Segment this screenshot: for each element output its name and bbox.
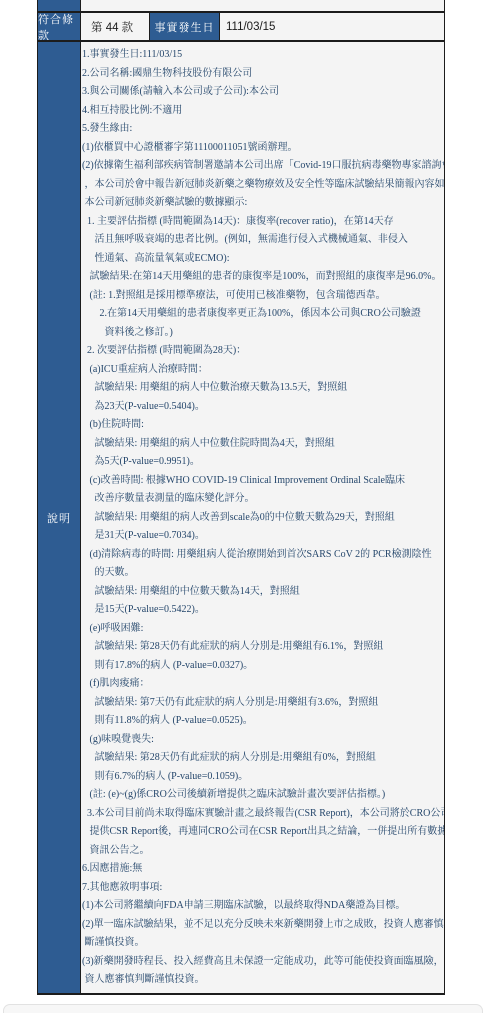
previous-row-value-cell <box>80 0 444 11</box>
description-text: 1.事實發生日:111/03/15 2.公司名稱:國鼎生物科技股份有限公司 3.… <box>81 42 444 990</box>
date-label-cell: 事實發生日 <box>149 13 219 40</box>
announcement-table: 符合條款 第 44 款 事實發生日 111/03/15 說明 1.事實發生日:1… <box>37 0 445 995</box>
clause-value-cell: 第 44 款 <box>80 13 149 40</box>
clause-date-row: 符合條款 第 44 款 事實發生日 111/03/15 <box>38 13 444 42</box>
description-content-cell: 1.事實發生日:111/03/15 2.公司名稱:國鼎生物科技股份有限公司 3.… <box>80 42 444 993</box>
announcement-page: 符合條款 第 44 款 事實發生日 111/03/15 說明 1.事實發生日:1… <box>0 0 483 1013</box>
description-label-cell: 說明 <box>38 42 80 993</box>
description-row: 說明 1.事實發生日:111/03/15 2.公司名稱:國鼎生物科技股份有限公司… <box>38 42 444 995</box>
next-panel-top-edge <box>3 1004 483 1013</box>
previous-row-header-cell <box>38 0 80 11</box>
previous-row-partial <box>38 0 444 13</box>
date-value-cell: 111/03/15 <box>219 13 444 40</box>
clause-label-cell: 符合條款 <box>38 13 80 40</box>
